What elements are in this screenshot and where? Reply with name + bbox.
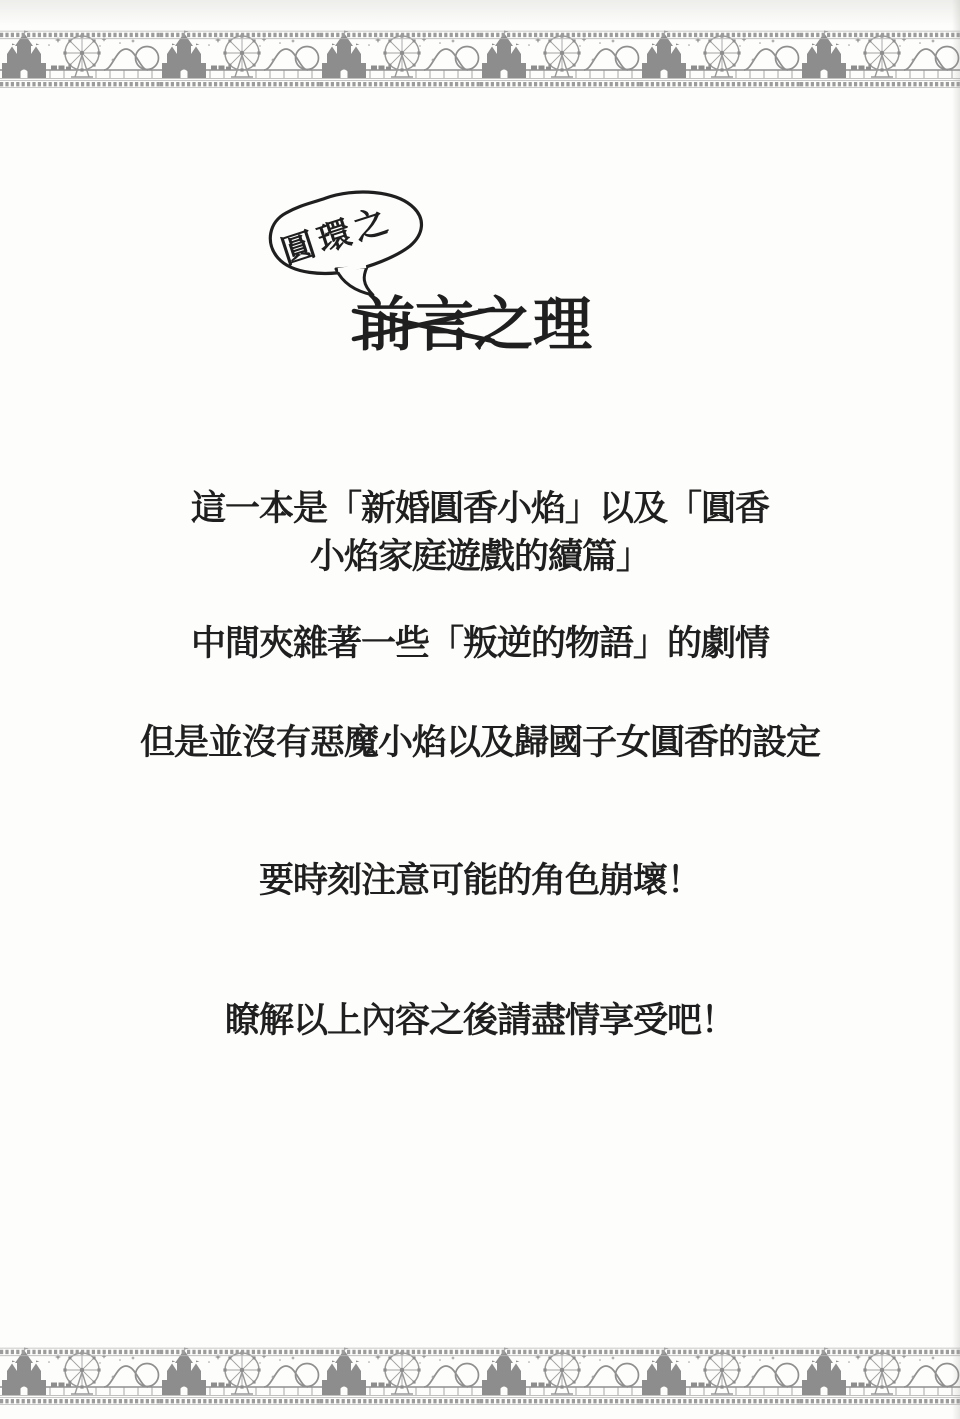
preface-line-6: 瞭解以上內容之後請盡情享受吧！ xyxy=(0,1001,960,1041)
preface-line-1: 這一本是「新婚圓香小焰」以及「圓香 xyxy=(0,489,960,529)
page-top-shading xyxy=(0,0,960,26)
preface-line-5: 要時刻注意可能的角色崩壞！ xyxy=(0,861,960,901)
preface-line-3: 中間夾雜著一些「叛逆的物語」的劇情 xyxy=(0,624,960,664)
amusement-park-border-top xyxy=(0,30,960,88)
preface-line-4: 但是並沒有惡魔小焰以及歸國子女圓香的設定 xyxy=(0,723,960,763)
page-right-shading xyxy=(952,0,960,1419)
preface-page: 圓環之 前言之理 這一本是「新婚圓香小焰」以及「圓香 小焰家庭遊戲的續篇」 中間… xyxy=(0,0,960,1419)
amusement-park-border-bottom xyxy=(0,1347,960,1405)
preface-line-2: 小焰家庭遊戲的續篇」 xyxy=(0,537,960,577)
title-kept-text: 理 xyxy=(533,290,592,359)
strikethrough-x-icon xyxy=(349,302,499,346)
